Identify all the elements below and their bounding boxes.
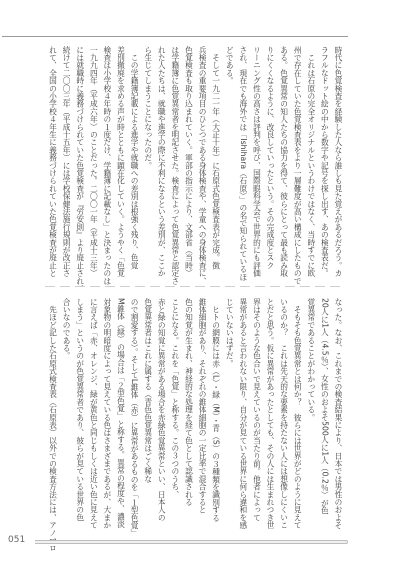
text-line: 20人に1人（4.5％）、女性のおよそ500人に1人（0.2％）が色 xyxy=(318,298,332,530)
text-line: ラフルなドット絵の中から数字や記号を探し出す、あの検査表だ。 xyxy=(318,46,332,278)
text-line: れて、全国の小学校４年生に義務づけられていた色覚検査が廃止と xyxy=(46,46,60,278)
text-line: に言えば「赤、オレンジ、緑が黄色と同じもしくは近い色に見えて xyxy=(87,298,101,530)
text-line: 続けて二〇〇三年（平成十五年）には学校保健法施行規則が改正さ xyxy=(60,46,74,278)
text-line: 色覚異常者はこれに属する（青色色覚異常はごく稀な xyxy=(141,298,155,530)
text-line: は学籍簿に色覚異常者を明記させた。検査によって色覚異常と認定さ xyxy=(168,46,182,278)
footer-rule xyxy=(35,540,348,544)
text-line: 対象物の明暗度によって見えている色はさまざまであるが、大まか xyxy=(100,298,114,530)
text-line: 赤と緑の知覚に異常がある場合を赤緑色覚異常といい、日本人の xyxy=(155,298,169,530)
text-line: なった。なお、これまでの検査結果により、日本では男性のおよそ xyxy=(331,298,345,530)
text-line: 兵検査の重要項目のひとつである身体検査や、学童への身体検査に、 xyxy=(195,46,209,278)
text-line: どである。 xyxy=(223,46,237,278)
text-line: され、現在でも海外では「Ishihara（石原）」の名で知られているほ xyxy=(236,46,250,278)
text-line: 合いなのである。 xyxy=(60,298,74,530)
text-line: この学籍簿記載による進学や就職への差別は根強く残り、色覚 xyxy=(128,46,142,278)
text-line: リーニング性の高さは評判を呼び、国際眼科学会で世界的にも評価 xyxy=(250,46,264,278)
text-line: これは石原の完全オリジナルというわけではなく、当時すでに欧 xyxy=(304,46,318,278)
text-line: 錐体細胞があり、それぞれの錐体細胞の一定比率で混合すると xyxy=(195,298,209,530)
upper-text-block: 時代に色覚検査を経験した人なら誰しも見た覚えがあるだろう。カ ラフルなドット絵の… xyxy=(45,46,345,278)
text-line: そもそも色覚異常とは何か？ 彼らには世界がどのように見えて xyxy=(291,298,305,530)
text-line: 色の知覚が生まれ、神経的な処理を経て色として認識される xyxy=(182,298,196,530)
header-rule xyxy=(2,36,348,37)
text-line: れた人たちは、就職や進学の際に不利になるという差別が、ここか xyxy=(155,46,169,278)
text-line: 州で存在していた色覚検査表をより一層難度が高い構成にしたもので xyxy=(291,46,305,278)
text-line: 検査は小学校４年時の１度だけ、学籍簿に記載なし」と決まったのは xyxy=(100,46,114,278)
section-divider xyxy=(45,286,345,287)
text-line: M錐体（緑）の場合は「２型色覚」と称する。異常の程度や、濃淡 xyxy=(114,298,128,530)
text-line: とだと思う。仮に異常があったとしても、その人には生まれつき世 xyxy=(263,298,277,530)
text-line: ヒトの網膜には赤（L）・緑（M）・青（S）の３種類を識別する xyxy=(209,298,223,530)
lower-text-block: なった。なお、これまでの検査結果により、日本では男性のおよそ 20人に1人（4.… xyxy=(45,298,345,530)
text-line: には就職時に義務づけられていた色覚検査が『労安則』より廃止され、 xyxy=(73,46,87,278)
text-line: 覚異常であることがわかっている。 xyxy=(304,298,318,530)
text-line: じていないはずだ。 xyxy=(223,298,237,530)
text-line: 時代に色覚検査を経験した人なら誰しも見た覚えがあるだろう。カ xyxy=(331,46,345,278)
text-line: 一九九四年（平成六年）のことだった。二〇〇一年（平成十三年） xyxy=(87,46,101,278)
text-line: ことになる。これを「色覚」と称する。この３つのうち、 xyxy=(168,298,182,530)
text-line: いるのか？ これは先天的な要素を持たない人には想像しにくいこ xyxy=(277,298,291,530)
text-line: ある。色覚異常の知人たちの協力を得て、彼らにとって最も読み取 xyxy=(277,46,291,278)
text-line: 先ほど記した石原式検査表（石原表）以外での検査方法には、アノマロ xyxy=(46,298,60,530)
text-line: 異常があると言われない限り、自分が見ている世界に何ら違和を感 xyxy=(236,298,250,530)
text-line: りにくくなるように、改良していったという。その完成度とスク xyxy=(263,46,277,278)
text-line: 界はそのような色合いで見えているのが当たり前。他者によって xyxy=(250,298,264,530)
text-line: ので割愛する）。そしてL錐体（赤）に異常があるものを「１型色覚」 xyxy=(128,298,142,530)
text-line: 差別撤廃を求める声が時とともに顕在化していく。ようやく「色覚 xyxy=(114,46,128,278)
text-line: 色覚検査も取り込まれていく。軍部の指示により、文部省（当時） xyxy=(182,46,196,278)
page-number: 051 xyxy=(8,535,25,545)
text-line: ら生じてしまうことになったのだ。 xyxy=(141,46,155,278)
text-line: しまう」というのが色覚異常者であり、彼らが見ている世界の色 xyxy=(73,298,87,530)
text-line: そして一九二一年（大正十年）に石原式色覚検査表が完成。徴 xyxy=(209,46,223,278)
